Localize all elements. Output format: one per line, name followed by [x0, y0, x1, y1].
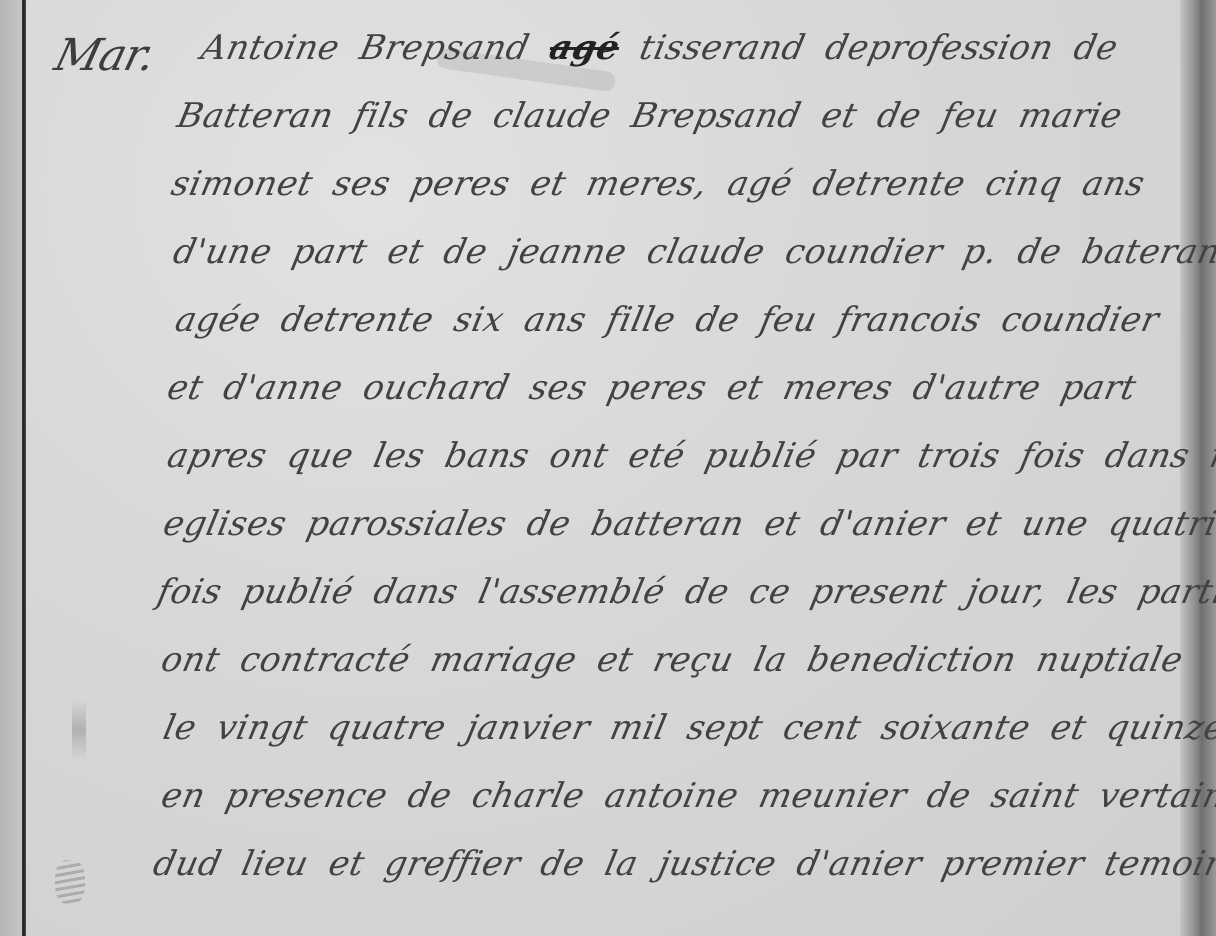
- line-text: Antoine Brepsand: [198, 28, 533, 68]
- adjacent-page-strip: [0, 0, 24, 936]
- entry-line-5: agée detrente six ans fille de feu franc…: [143, 286, 1187, 354]
- entry-line-7: apres que les bans ont eté publié par tr…: [143, 422, 1187, 490]
- line-text: tisserand deprofession de: [636, 28, 1121, 68]
- entry-line-1: Antoine Brepsand agé tisserand deprofess…: [143, 14, 1187, 82]
- entry-line-6: et d'anne ouchard ses peres et meres d'a…: [143, 354, 1187, 422]
- entry-line-4: d'une part et de jeanne claude coundier …: [143, 218, 1187, 286]
- scanned-register-page: Mar. Antoine Brepsand agé tisserand depr…: [0, 0, 1216, 936]
- margin-annotation: Mar.: [50, 30, 160, 81]
- entry-line-9: fois publié dans l'assemblé de ce presen…: [143, 558, 1187, 626]
- handwritten-entry: Antoine Brepsand agé tisserand deprofess…: [150, 14, 1180, 898]
- ink-blot: [55, 860, 85, 904]
- entry-line-8: eglises parossiales de batteran et d'ani…: [143, 490, 1187, 558]
- entry-line-13: dud lieu et greffier de la justice d'ani…: [143, 830, 1187, 898]
- entry-line-12: en presence de charle antoine meunier de…: [143, 762, 1187, 830]
- entry-line-3: simonet ses peres et meres, agé detrente…: [143, 150, 1187, 218]
- entry-line-10: ont contracté mariage et reçu la benedic…: [143, 626, 1187, 694]
- struck-word: agé: [546, 28, 623, 68]
- margin-mark: [72, 700, 86, 760]
- entry-line-2: Batteran fils de claude Brepsand et de f…: [143, 82, 1187, 150]
- entry-line-11: le vingt quatre janvier mil sept cent so…: [143, 694, 1187, 762]
